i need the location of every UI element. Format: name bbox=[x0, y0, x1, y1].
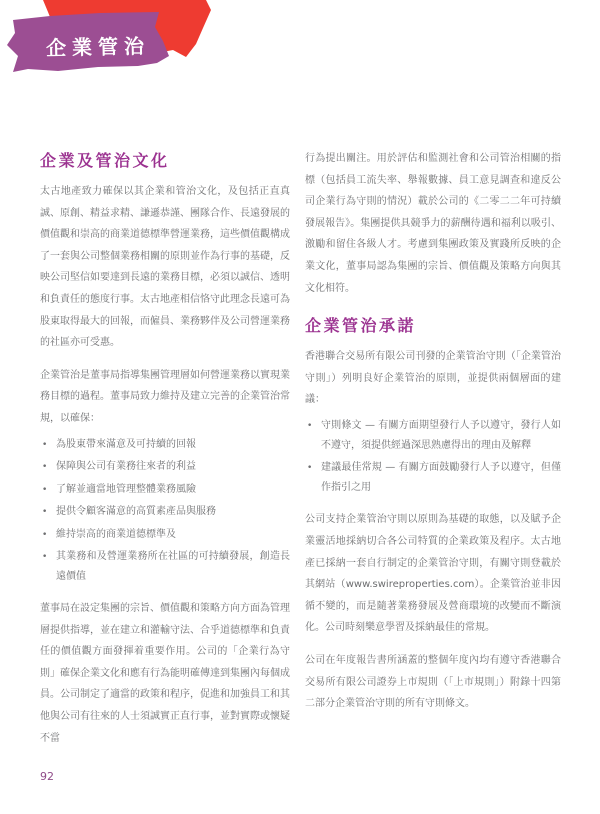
list-item: 為股東帶來滿意及可持續的回報 bbox=[40, 435, 290, 455]
right-paragraph-2: 香港聯合交易所有限公司刊發的企業管治守則（「企業管治守則」）列明良好企業管治的原… bbox=[305, 346, 561, 411]
left-column: 企業及管治文化 太古地產致力確保以其企業和管治文化，及包括正直真誠、原創、精益求… bbox=[40, 150, 290, 749]
page-number: 92 bbox=[40, 770, 54, 783]
list-item: 提供令顧客滿意的高質素產品與服務 bbox=[40, 502, 290, 522]
bullet-icon bbox=[305, 416, 321, 436]
right-column: 行為提出關注。用於評估和監測社會和公司管治相關的指標（包括員工流失率、舉報數據、… bbox=[305, 148, 561, 715]
bullet-icon bbox=[40, 502, 56, 522]
bullet-icon bbox=[40, 480, 56, 500]
list-item-text: 了解並適當地管理整體業務風險 bbox=[56, 480, 290, 500]
bullet-icon bbox=[40, 435, 56, 455]
list-item: 建議最佳常規 — 有關方面鼓勵發行人予以遵守，但僅作指引之用 bbox=[305, 458, 561, 498]
list-item-text: 為股東帶來滿意及可持續的回報 bbox=[56, 435, 290, 455]
bullet-icon bbox=[40, 547, 56, 567]
list-item-text: 其業務和及營運業務所在社區的可持續發展，創造長遠價值 bbox=[56, 547, 290, 587]
bullet-icon bbox=[305, 458, 321, 478]
list-item-text: 守則條文 — 有關方面期望發行人予以遵守，發行人如不遵守，須提供經過深思熟慮得出… bbox=[321, 416, 561, 456]
section-heading-corporate-governance-culture: 企業及管治文化 bbox=[40, 150, 290, 172]
left-paragraph-3: 董事局在設定集團的宗旨、價值觀和策略方向方面為管理層提供指導，並在建立和灌輸守法… bbox=[40, 598, 290, 749]
list-item: 其業務和及營運業務所在社區的可持續發展，創造長遠價值 bbox=[40, 547, 290, 587]
list-item-text: 保障與公司有業務往來者的利益 bbox=[56, 457, 290, 477]
right-paragraph-4: 公司在年度報告書所涵蓋的整個年度內均有遵守香港聯合交易所有限公司證券上市規則（「… bbox=[305, 650, 561, 715]
code-provisions-bullet-list: 守則條文 — 有關方面期望發行人予以遵守，發行人如不遵守，須提供經過深思熟慮得出… bbox=[305, 416, 561, 499]
right-paragraph-1: 行為提出關注。用於評估和監測社會和公司管治相關的指標（包括員工流失率、舉報數據、… bbox=[305, 148, 561, 299]
list-item-text: 建議最佳常規 — 有關方面鼓勵發行人予以遵守，但僅作指引之用 bbox=[321, 458, 561, 498]
list-item-text: 維持崇高的商業道德標準及 bbox=[56, 525, 290, 545]
right-paragraph-3: 公司支持企業管治守則以原則為基礎的取態，以及賦予企業靈活地採納切合各公司特質的企… bbox=[305, 509, 561, 639]
bullet-icon bbox=[40, 457, 56, 477]
governance-assurance-bullet-list: 為股東帶來滿意及可持續的回報 保障與公司有業務往來者的利益 了解並適當地管理整體… bbox=[40, 435, 290, 588]
page-title: 企業管治 bbox=[46, 30, 151, 61]
left-paragraph-1: 太古地產致力確保以其企業和管治文化，及包括正直真誠、原創、精益求精、謙遜恭謹、團… bbox=[40, 181, 290, 354]
list-item-text: 提供令顧客滿意的高質素產品與服務 bbox=[56, 502, 290, 522]
left-paragraph-2: 企業管治是董事局指導集團管理層如何營運業務以實現業務目標的過程。董事局致力維持及… bbox=[40, 365, 290, 430]
document-page: 企業管治 企業及管治文化 太古地產致力確保以其企業和管治文化，及包括正直真誠、原… bbox=[0, 0, 600, 814]
list-item: 保障與公司有業務往來者的利益 bbox=[40, 457, 290, 477]
list-item: 了解並適當地管理整體業務風險 bbox=[40, 480, 290, 500]
bullet-icon bbox=[40, 525, 56, 545]
list-item: 維持崇高的商業道德標準及 bbox=[40, 525, 290, 545]
page-header-banner: 企業管治 bbox=[0, 0, 600, 95]
list-item: 守則條文 — 有關方面期望發行人予以遵守，發行人如不遵守，須提供經過深思熟慮得出… bbox=[305, 416, 561, 456]
section-heading-governance-commitment: 企業管治承諾 bbox=[305, 315, 561, 337]
